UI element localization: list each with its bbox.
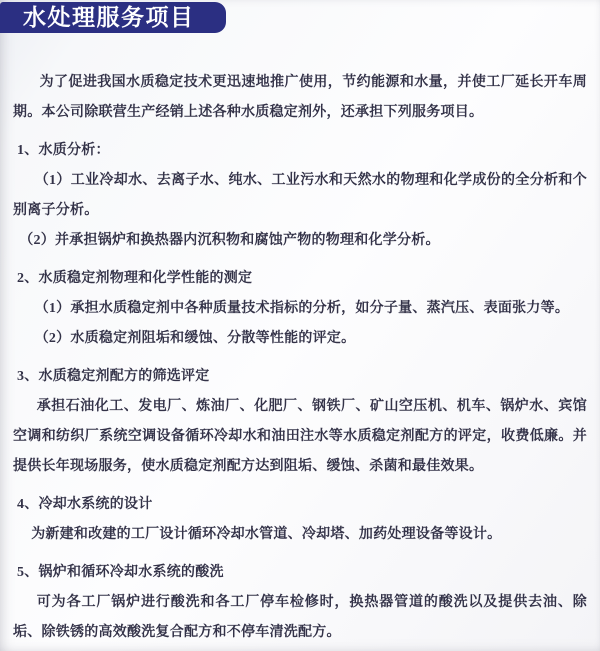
- document-body: 为了促进我国水质稳定技术更迅速地推广使用，节约能源和水量，并使工厂延长开车周期。…: [0, 68, 600, 648]
- scanned-document-page: 水处理服务项目 为了促进我国水质稳定技术更迅速地推广使用，节约能源和水量，并使工…: [0, 0, 600, 651]
- page-title: 水处理服务项目: [0, 6, 195, 29]
- section-5-heading: 5、锅炉和循环冷却水系统的酸洗: [13, 558, 587, 588]
- section-5-paragraph: 可为各工厂锅炉进行酸洗和各工厂停车检修时，换热器管道的酸洗以及提供去油、除垢、除…: [13, 588, 587, 648]
- intro-paragraph: 为了促进我国水质稳定技术更迅速地推广使用，节约能源和水量，并使工厂延长开车周期。…: [13, 68, 587, 128]
- section-1-heading: 1、水质分析：: [13, 136, 587, 166]
- section-2-item-1: （1）承担水质稳定剂中各种质量技术指标的分析，如分子量、蒸汽压、表面张力等。: [13, 294, 587, 324]
- section-1-item-1: （1）工业冷却水、去离子水、纯水、工业污水和天然水的物理和化学成份的全分析和个别…: [13, 166, 587, 226]
- section-1-item-2: （2）并承担锅炉和换热器内沉积物和腐蚀产物的物理和化学分析。: [13, 226, 587, 256]
- title-banner: 水处理服务项目: [0, 2, 226, 33]
- section-3-heading: 3、水质稳定剂配方的筛选评定: [13, 362, 587, 392]
- section-2-item-2: （2）水质稳定剂阻垢和缓蚀、分散等性能的评定。: [13, 324, 587, 354]
- section-4-heading: 4、冷却水系统的设计: [13, 490, 587, 520]
- section-3-paragraph: 承担石油化工、发电厂、炼油厂、化肥厂、钢铁厂、矿山空压机、机车、锅炉水、宾馆空调…: [13, 392, 587, 482]
- section-2-heading: 2、水质稳定剂物理和化学性能的测定: [13, 264, 587, 294]
- section-4-paragraph: 为新建和改建的工厂设计循环冷却水管道、冷却塔、加药处理设备等设计。: [13, 520, 587, 550]
